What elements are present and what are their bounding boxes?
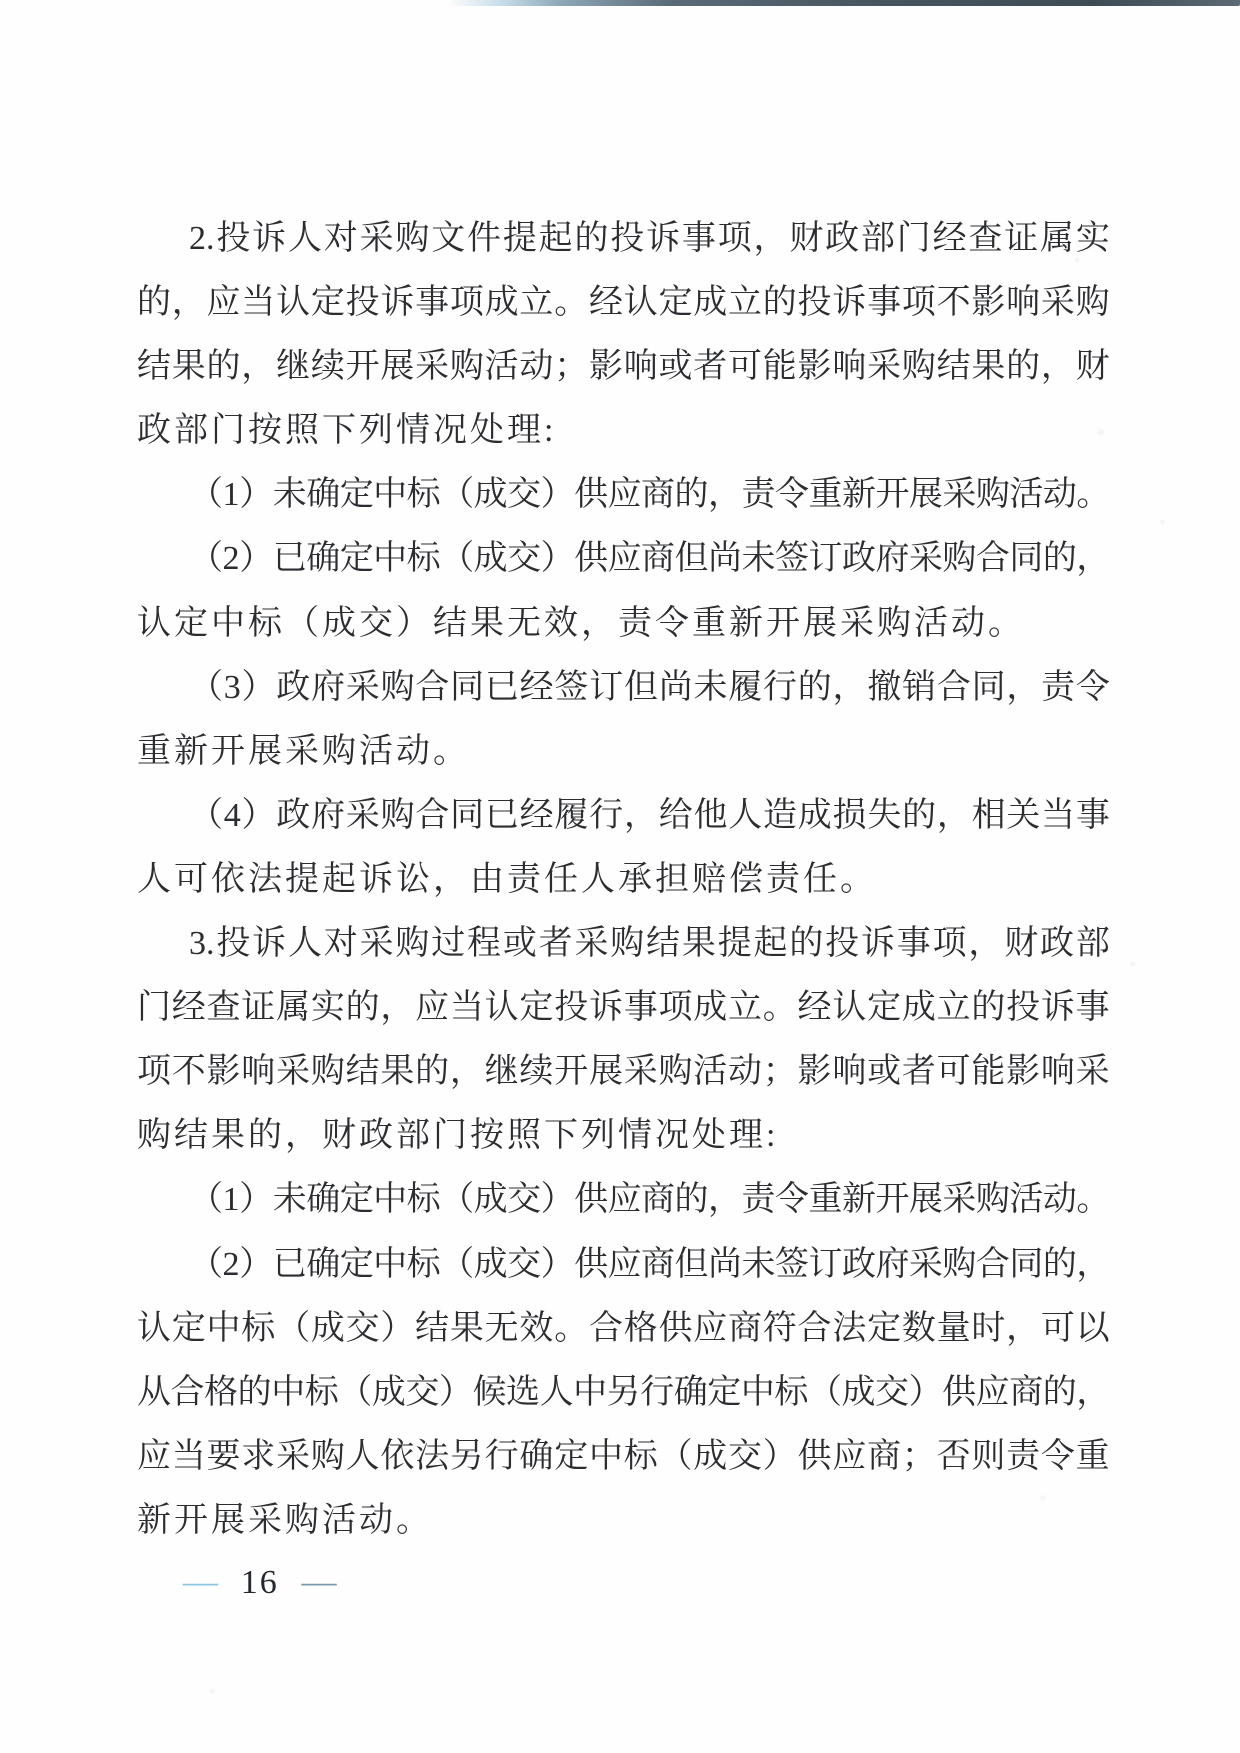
text-line-6: （2）已确定中标（成交）供应商但尚未签订政府采购合同的，: [137, 527, 1110, 591]
text-line-16: （1）未确定中标（成交）供应商的，责令重新开展采购活动。: [137, 1168, 1110, 1232]
text-line-4: 政部门按照下列情况处理:: [137, 399, 1110, 463]
text-line-10: （4）政府采购合同已经履行，给他人造成损失的，相关当事: [137, 784, 1110, 848]
text-line-3: 结果的，继续开展采购活动；影响或者可能影响采购结果的，财: [137, 335, 1110, 399]
text-line-7: 认定中标（成交）结果无效，责令重新开展采购活动。: [137, 592, 1110, 656]
text-line-5: （1）未确定中标（成交）供应商的，责令重新开展采购活动。: [137, 463, 1110, 527]
text-line-12: 3.投诉人对采购过程或者采购结果提起的投诉事项，财政部: [137, 912, 1110, 976]
scan-speck: [1160, 520, 1165, 524]
text-line-11: 人可依法提起诉讼，由责任人承担赔偿责任。: [137, 848, 1110, 912]
scan-speck: [1130, 962, 1135, 966]
page-number: 16: [241, 1564, 279, 1601]
text-line-1: 2.投诉人对采购文件提起的投诉事项，财政部门经查证属实: [137, 207, 1110, 271]
page-number-dash-left: —: [183, 1562, 218, 1601]
document-body: 2.投诉人对采购文件提起的投诉事项，财政部门经查证属实的，应当认定投诉事项成立。…: [137, 207, 1110, 1553]
text-line-19: 从合格的中标（成交）候选人中另行确定中标（成交）供应商的，: [137, 1361, 1110, 1425]
text-line-17: （2）已确定中标（成交）供应商但尚未签订政府采购合同的，: [137, 1233, 1110, 1297]
text-line-15: 购结果的，财政部门按照下列情况处理:: [137, 1104, 1110, 1168]
text-line-18: 认定中标（成交）结果无效。合格供应商符合法定数量时，可以: [137, 1297, 1110, 1361]
text-line-2: 的，应当认定投诉事项成立。经认定成立的投诉事项不影响采购: [137, 271, 1110, 335]
text-line-21: 新开展采购活动。: [137, 1489, 1110, 1553]
page-footer: — 16 —: [183, 1556, 337, 1608]
page-number-dash-right: —: [302, 1562, 337, 1601]
text-line-20: 应当要求采购人依法另行确定中标（成交）供应商；否则责令重: [137, 1425, 1110, 1489]
scanned-document-page: 2.投诉人对采购文件提起的投诉事项，财政部门经查证属实的，应当认定投诉事项成立。…: [0, 0, 1240, 1753]
text-line-13: 门经查证属实的，应当认定投诉事项成立。经认定成立的投诉事: [137, 976, 1110, 1040]
scan-speck: [210, 1689, 215, 1693]
text-line-8: （3）政府采购合同已经签订但尚未履行的，撤销合同，责令: [137, 656, 1110, 720]
text-line-14: 项不影响采购结果的，继续开展采购活动；影响或者可能影响采: [137, 1040, 1110, 1104]
text-line-9: 重新开展采购活动。: [137, 720, 1110, 784]
scan-artifact-line: [447, 0, 1240, 6]
